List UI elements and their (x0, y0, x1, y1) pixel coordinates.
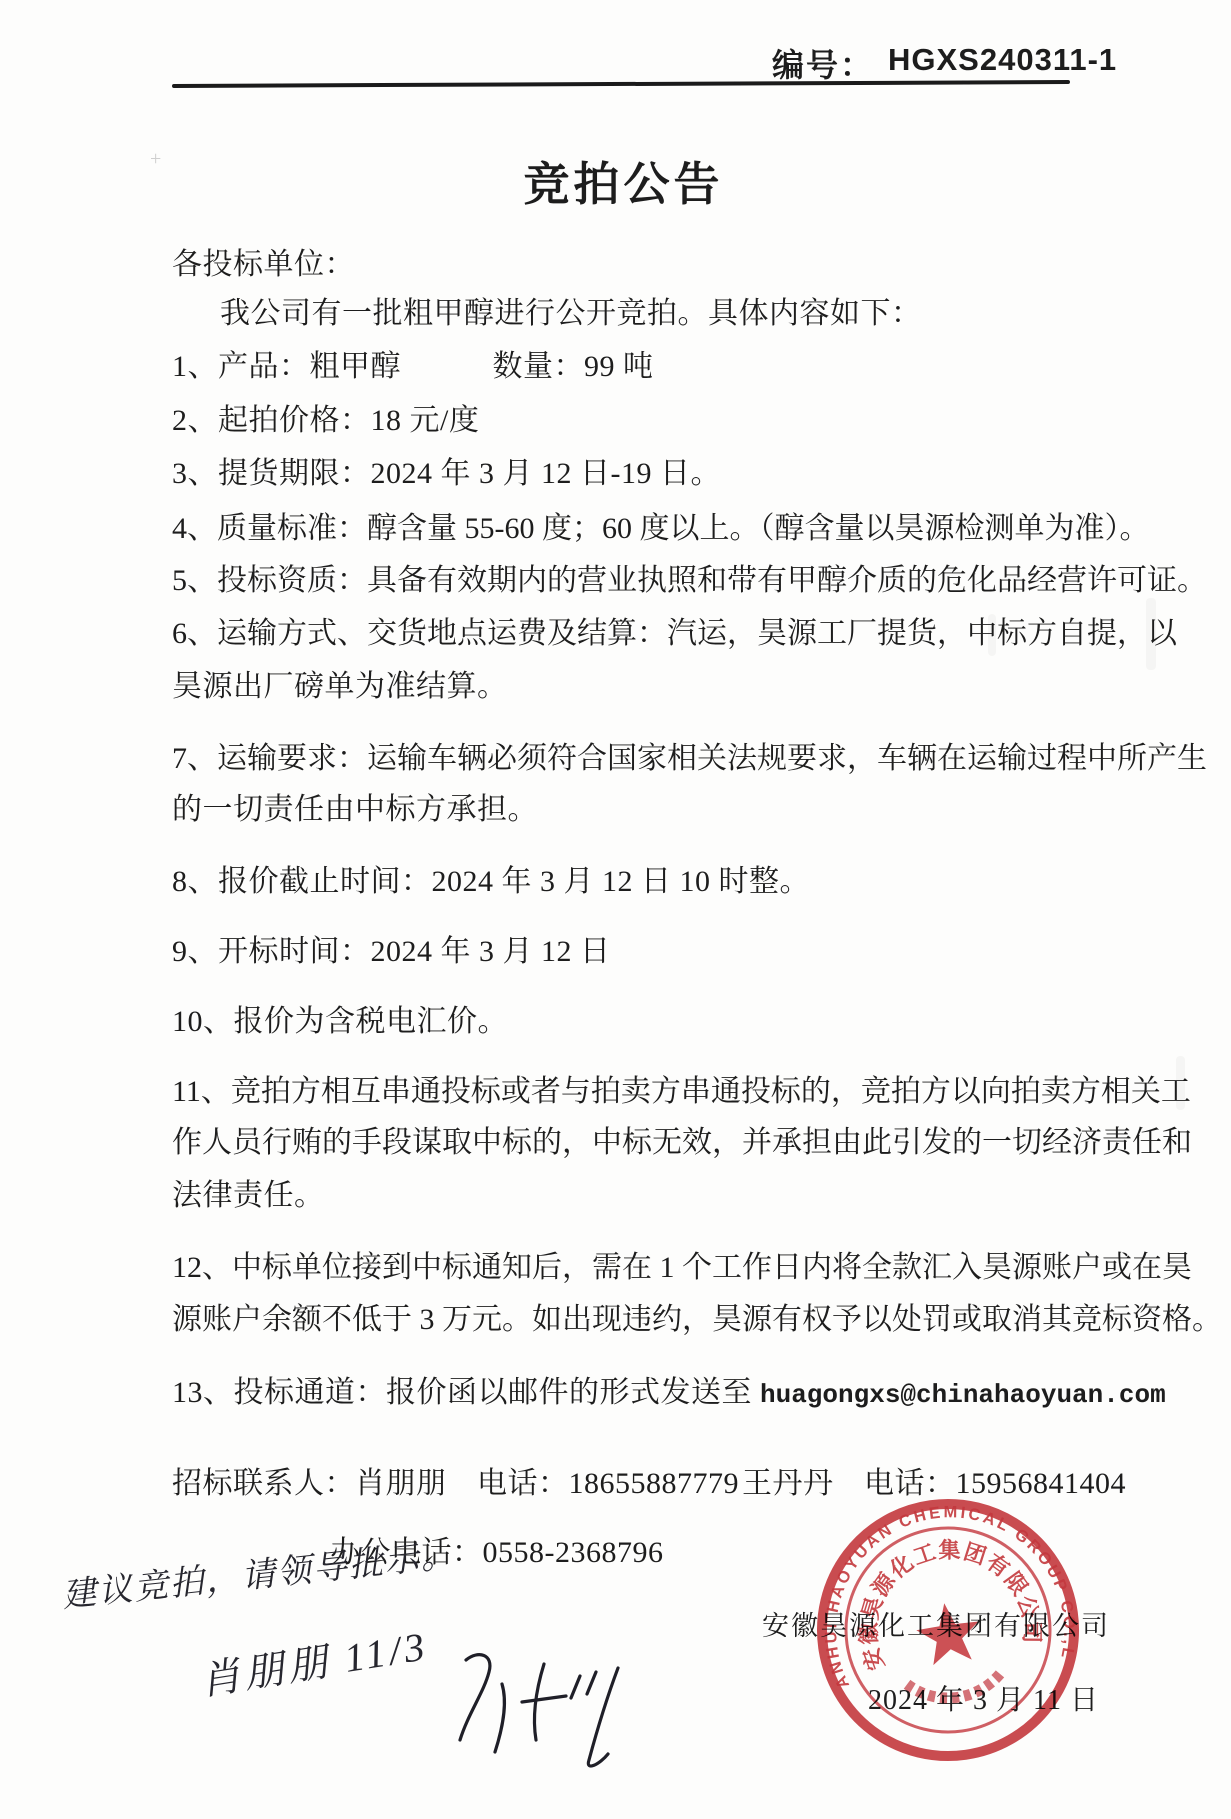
header-rule (172, 80, 1070, 88)
intro-line: 我公司有一批粗甲醇进行公开竞拍。具体内容如下： (220, 295, 922, 333)
line-item12-2: 源账户余额不低于 3 万元。如出现违约，昊源有权予以处罚或取消其竞标资格。 (172, 1301, 1090, 1339)
line-item1: 1、产品：粗甲醇 数量：99 吨 (172, 348, 654, 386)
line-item11-3: 法律责任。 (172, 1177, 325, 1215)
line-item7-2: 的一切责任由中标方承担。 (172, 791, 538, 829)
line-item12-1: 12、中标单位接到中标通知后，需在 1 个工作日内将全款汇入昊源账户或在昊 (172, 1249, 1090, 1287)
line-item11-2: 作人员行贿的手段谋取中标的，中标无效，并承担由此引发的一切经济责任和 (172, 1124, 1090, 1162)
line-item3: 3、提货期限：2024 年 3 月 12 日-19 日。 (172, 455, 721, 493)
handwritten-note: 建议竞拍，请领导批示。 (59, 1527, 458, 1617)
line-item2: 2、起拍价格：18 元/度 (172, 402, 479, 440)
page-title: 竞拍公告 (8, 148, 1231, 214)
document-page: + 编号： HGXS240311-1 竞拍公告 各投标单位： 我公司有一批粗甲醇… (0, 0, 1231, 1819)
line-item5: 5、投标资质：具备有效期内的营业执照和带有甲醇介质的危化品经营许可证。 (172, 562, 1090, 600)
signature-stroke (587, 1672, 596, 1694)
doc-ref-number: HGXS240311-1 (888, 42, 1117, 78)
line-item8: 8、报价截止时间：2024 年 3 月 12 日 10 时整。 (172, 863, 810, 901)
signature-stroke (495, 1684, 504, 1752)
signature-stroke (460, 1655, 490, 1740)
line-item13: 13、投标通道：报价函以邮件的形式发送至 huagongxs@chinahaoy… (172, 1374, 1166, 1412)
seal-code-band (907, 1671, 1005, 1704)
line-item10: 10、报价为含税电汇价。 (172, 1003, 508, 1041)
line-item9: 9、开标时间：2024 年 3 月 12 日 (172, 933, 611, 971)
seal-star-icon (913, 1599, 983, 1667)
line-item7-1: 7、运输要求：运输车辆必须符合国家相关法规要求，车辆在运输过程中所产生 (172, 740, 1090, 778)
line-item11-1: 11、竞拍方相互串通投标或者与拍卖方串通投标的，竞拍方以向拍卖方相关工 (172, 1073, 1090, 1111)
signature-stroke (534, 1664, 544, 1740)
signature-stroke (522, 1696, 566, 1702)
item13-text: 13、投标通道：报价函以邮件的形式发送至 (172, 1376, 760, 1409)
company-seal: ANHUI HAOYUAN CHEMICAL GROUP CO.,LTD 安徽昊… (788, 1470, 1109, 1791)
handwritten-signature-2 (448, 1642, 638, 1772)
line-item6-2: 昊源出厂磅单为准结算。 (172, 668, 508, 706)
contact-left: 招标联系人：肖朋朋 电话：18655887779 (172, 1465, 739, 1503)
handwritten-signature-1: 肖朋朋 11/3 (196, 1614, 432, 1706)
line-item4: 4、质量标准：醇含量 55-60 度；60 度以上。（醇含量以昊源检测单为准）。 (172, 510, 1090, 548)
line-item6-1: 6、运输方式、交货地点运费及结算：汽运，昊源工厂提货，中标方自提，以 (172, 615, 1090, 653)
bid-email: huagongxs@chinahaoyuan.com (760, 1380, 1166, 1410)
salutation-line: 各投标单位： (172, 246, 355, 284)
signature-stroke (571, 1676, 580, 1698)
doc-ref-label: 编号： (772, 40, 874, 86)
